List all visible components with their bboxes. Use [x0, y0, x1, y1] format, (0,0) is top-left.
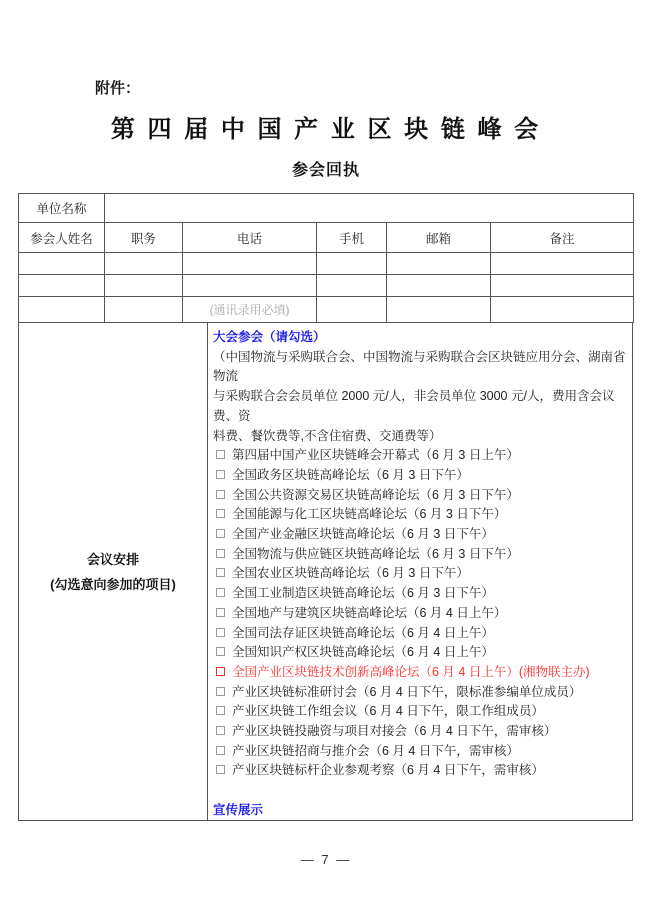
attendee-telephone-cell[interactable]: (通讯录用必填) — [183, 297, 317, 323]
checkbox-icon[interactable] — [216, 726, 225, 735]
schedule-option: 产业区块链投融资与项目对接会（6 月 4 日下午，需审核） — [213, 722, 628, 742]
schedule-option-label: 产业区块链工作组会议（6 月 4 日下午，限工作组成员） — [232, 704, 544, 718]
schedule-option-label: 全国能源与化工区块链高峰论坛（6 月 3 日下午） — [232, 507, 506, 521]
phone-required-note: (通讯录用必填) — [210, 303, 290, 317]
schedule-section: 会议安排 (勾选意向参加的项目) 大会参会（请勾选） （中国物流与采购联合会、中… — [18, 323, 633, 821]
schedule-option-label: 产业区块链招商与推介会（6 月 4 日下午，需审核） — [232, 744, 519, 758]
checkbox-icon[interactable] — [216, 568, 225, 577]
schedule-option-label: 产业区块链标准研讨会（6 月 4 日下午，限标准参编单位成员） — [232, 685, 581, 699]
schedule-option-label: 第四届中国产业区块链峰会开幕式（6 月 3 日上午） — [232, 448, 519, 462]
schedule-option: 全国农业区块链高峰论坛（6 月 3 日下午） — [213, 564, 628, 584]
attendee-mobile-cell[interactable] — [317, 297, 387, 323]
spacer — [213, 781, 628, 801]
schedule-option-label: 全国政务区块链高峰论坛（6 月 3 日下午） — [232, 468, 469, 482]
schedule-option-label: 全国产业区块链技术创新高峰论坛（6 月 4 日上午）(湘物联主办) — [232, 665, 590, 679]
schedule-option: 全国司法存证区块链高峰论坛（6 月 4 日上午） — [213, 624, 628, 644]
attendee-email-cell[interactable] — [387, 253, 491, 275]
attendee-remarks-cell[interactable] — [491, 275, 634, 297]
page-title: 第 四 届 中 国 产 业 区 块 链 峰 会 — [0, 109, 652, 144]
checkbox-icon[interactable] — [216, 490, 225, 499]
attendee-mobile-cell[interactable] — [317, 253, 387, 275]
attendee-email-cell[interactable] — [387, 297, 491, 323]
attendee-row: (通讯录用必填) — [19, 297, 634, 323]
schedule-option-label: 产业区块链标杆企业参观考察（6 月 4 日下午，需审核） — [232, 763, 544, 777]
schedule-option: 全国知识产权区块链高峰论坛（6 月 4 日上午） — [213, 643, 628, 663]
schedule-option: 产业区块链标杆企业参观考察（6 月 4 日下午，需审核） — [213, 761, 628, 781]
schedule-option: 全国物流与供应链区块链高峰论坛（6 月 3 日下午） — [213, 545, 628, 565]
schedule-option-label: 全国物流与供应链区块链高峰论坛（6 月 3 日下午） — [232, 547, 519, 561]
page-subtitle: 参会回执 — [0, 157, 652, 180]
schedule-option-label: 全国地产与建筑区块链高峰论坛（6 月 4 日上午） — [232, 606, 506, 620]
schedule-option: 第四届中国产业区块链峰会开幕式（6 月 3 日上午） — [213, 446, 628, 466]
schedule-option-label: 全国司法存证区块链高峰论坛（6 月 4 日上午） — [232, 626, 494, 640]
attendee-remarks-cell[interactable] — [491, 297, 634, 323]
schedule-option: 全国工业制造区块链高峰论坛（6 月 3 日下午） — [213, 584, 628, 604]
col-header-remarks: 备注 — [491, 223, 634, 253]
attendee-email-cell[interactable] — [387, 275, 491, 297]
attachment-label: 附件： — [95, 77, 140, 98]
col-header-mobile: 手机 — [317, 223, 387, 253]
attendee-telephone-cell[interactable] — [183, 275, 317, 297]
checkbox-icon[interactable] — [216, 687, 225, 696]
schedule-option: 产业区块链招商与推介会（6 月 4 日下午，需审核） — [213, 742, 628, 762]
schedule-option: 产业区块链标准研讨会（6 月 4 日下午，限标准参编单位成员） — [213, 683, 628, 703]
checkbox-icon[interactable] — [216, 765, 225, 774]
col-header-attendee-name: 参会人姓名 — [19, 223, 105, 253]
checkbox-icon[interactable] — [216, 529, 225, 538]
schedule-option: 全国产业金融区块链高峰论坛（6 月 3 日下午） — [213, 525, 628, 545]
attendee-name-cell[interactable] — [19, 297, 105, 323]
attendee-position-cell[interactable] — [105, 297, 183, 323]
conference-section-title: 大会参会（请勾选） — [213, 328, 628, 348]
col-header-telephone: 电话 — [183, 223, 317, 253]
checkbox-icon[interactable] — [216, 667, 225, 676]
promo-section-title: 宣传展示 — [213, 801, 628, 820]
checkbox-icon[interactable] — [216, 608, 225, 617]
attendee-remarks-cell[interactable] — [491, 253, 634, 275]
schedule-option-label: 全国产业金融区块链高峰论坛（6 月 3 日下午） — [232, 527, 494, 541]
checkbox-icon[interactable] — [216, 509, 225, 518]
checkbox-icon[interactable] — [216, 628, 225, 637]
company-name-input-cell[interactable] — [105, 194, 634, 223]
checkbox-icon[interactable] — [216, 470, 225, 479]
attendee-mobile-cell[interactable] — [317, 275, 387, 297]
attendee-row — [19, 275, 634, 297]
fee-intro-line: 料费、餐饮费等,不含住宿费、交通费等） — [213, 427, 628, 447]
column-header-row: 参会人姓名 职务 电话 手机 邮箱 备注 — [19, 223, 634, 253]
schedule-option-label: 全国工业制造区块链高峰论坛（6 月 3 日下午） — [232, 586, 494, 600]
company-name-label: 单位名称 — [19, 194, 105, 223]
schedule-option-label: 全国公共资源交易区块链高峰论坛（6 月 3 日下午） — [232, 488, 519, 502]
fee-intro-line: 与采购联合会会员单位 2000 元/人，非会员单位 3000 元/人，费用含会议… — [213, 387, 628, 426]
attendee-info-table: 单位名称 参会人姓名 职务 电话 手机 邮箱 备注 — [18, 193, 634, 323]
fee-intro-line: （中国物流与采购联合会、中国物流与采购联合会区块链应用分会、湖南省物流 — [213, 348, 628, 387]
attendee-row — [19, 253, 634, 275]
schedule-option: 全国公共资源交易区块链高峰论坛（6 月 3 日下午） — [213, 486, 628, 506]
schedule-header-title: 会议安排 — [87, 547, 139, 572]
attendee-name-cell[interactable] — [19, 253, 105, 275]
col-header-position: 职务 — [105, 223, 183, 253]
col-header-email: 邮箱 — [387, 223, 491, 253]
attendee-telephone-cell[interactable] — [183, 253, 317, 275]
schedule-option: 全国能源与化工区块链高峰论坛（6 月 3 日下午） — [213, 505, 628, 525]
schedule-option-label: 全国知识产权区块链高峰论坛（6 月 4 日上午） — [232, 645, 494, 659]
schedule-option-highlighted: 全国产业区块链技术创新高峰论坛（6 月 4 日上午）(湘物联主办) — [213, 663, 628, 683]
document-page: 附件： 第 四 届 中 国 产 业 区 块 链 峰 会 参会回执 单位名称 参会… — [0, 0, 652, 918]
registration-form: 单位名称 参会人姓名 职务 电话 手机 邮箱 备注 — [18, 193, 633, 821]
schedule-option: 全国政务区块链高峰论坛（6 月 3 日下午） — [213, 466, 628, 486]
schedule-option: 全国地产与建筑区块链高峰论坛（6 月 4 日上午） — [213, 604, 628, 624]
checkbox-icon[interactable] — [216, 746, 225, 755]
schedule-row-header: 会议安排 (勾选意向参加的项目) — [19, 323, 208, 820]
attendee-position-cell[interactable] — [105, 275, 183, 297]
schedule-option-label: 产业区块链投融资与项目对接会（6 月 4 日下午，需审核） — [232, 724, 556, 738]
schedule-header-note: (勾选意向参加的项目) — [50, 572, 176, 597]
schedule-options: 大会参会（请勾选） （中国物流与采购联合会、中国物流与采购联合会区块链应用分会、… — [208, 323, 632, 820]
page-number: — 7 — — [0, 852, 652, 867]
schedule-option-label: 全国农业区块链高峰论坛（6 月 3 日下午） — [232, 566, 469, 580]
attendee-name-cell[interactable] — [19, 275, 105, 297]
company-row: 单位名称 — [19, 194, 634, 223]
checkbox-icon[interactable] — [216, 706, 225, 715]
checkbox-icon[interactable] — [216, 588, 225, 597]
checkbox-icon[interactable] — [216, 647, 225, 656]
attendee-position-cell[interactable] — [105, 253, 183, 275]
schedule-option: 产业区块链工作组会议（6 月 4 日下午，限工作组成员） — [213, 702, 628, 722]
checkbox-icon[interactable] — [216, 450, 225, 459]
checkbox-icon[interactable] — [216, 549, 225, 558]
